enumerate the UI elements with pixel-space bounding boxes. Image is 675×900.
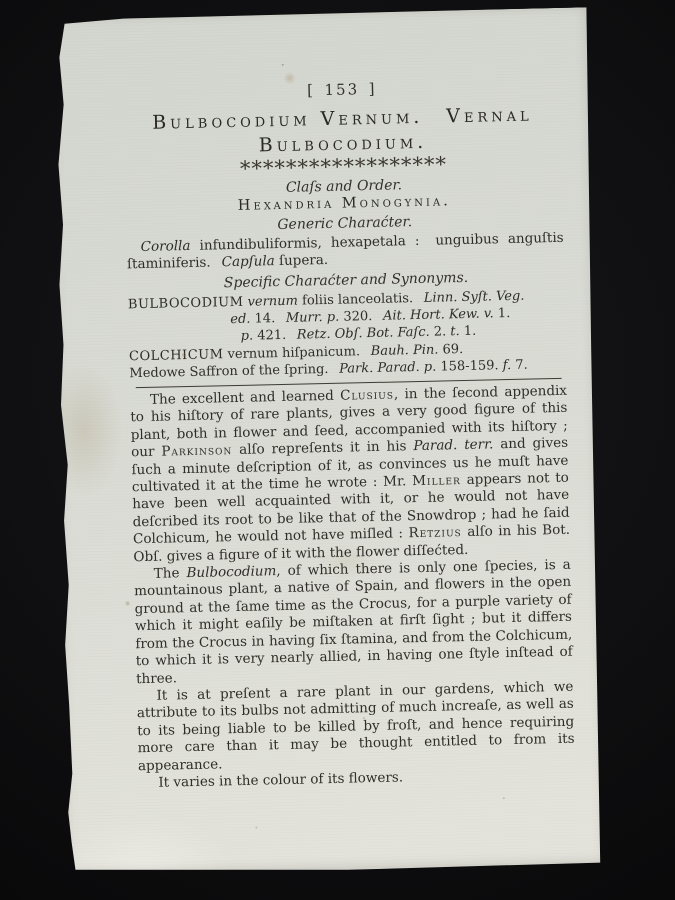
text-segment: Miller: [412, 472, 461, 489]
text-segment: vernum: [247, 294, 298, 310]
generic-character-text: Corolla infundibuliformis, hexapetala : …: [127, 230, 565, 274]
text-segment: Linn. Syſt. Veg.: [424, 289, 525, 306]
text-segment: 421.: [253, 328, 297, 344]
text-segment: foliis lanceolatis.: [298, 291, 424, 309]
text-segment: Retzius: [408, 524, 462, 541]
text-segment: Capſula: [222, 253, 275, 270]
text-segment: Park. Parad. p.: [339, 359, 437, 376]
text-segment: 1.: [460, 324, 477, 339]
body-paragraph: The Bulbocodium, of which there is only …: [134, 557, 574, 688]
text-segment: BULBOCODIUM: [128, 295, 244, 313]
text-segment: t.: [450, 324, 460, 339]
text-segment: 320.: [339, 309, 383, 325]
text-segment: alſo repreſents it in his: [232, 438, 413, 458]
text-segment: 69.: [438, 342, 463, 358]
text-segment: Bauh. Pin.: [371, 342, 439, 358]
text-segment: 7.: [511, 357, 528, 372]
text-segment: Retz. Obſ. Bot. Faſc.: [297, 325, 430, 343]
photo-background: [ 153 ] Bulbocodium Vernum. VernalBulboc…: [0, 0, 675, 900]
text-segment: 1.: [494, 306, 511, 321]
text-segment: Murr. p.: [286, 310, 340, 326]
page-title: Bulbocodium Vernum. VernalBulbocodium.: [124, 102, 562, 162]
text-segment: 158-159.: [436, 358, 503, 374]
body-paragraph: It is at preſent a rare plant in our gar…: [136, 679, 575, 776]
title-line-1: Bulbocodium Vernum. Vernal: [152, 103, 533, 133]
page-number: [ 153 ]: [123, 76, 560, 104]
text-segment: The: [154, 565, 187, 582]
text-segment: Clusius: [340, 387, 394, 404]
text-segment: ed.: [230, 312, 250, 327]
synonyms-block: BULBOCODIUM vernum foliis lanceolatis. L…: [128, 287, 567, 383]
text-segment: infundibuliformis, hexapetala : unguibus…: [127, 230, 564, 273]
text-segment: Parkinson: [161, 442, 232, 460]
text-segment: Medowe Saffron of the ſpring.: [129, 362, 339, 382]
text-segment: 14.: [250, 311, 286, 327]
body-paragraph: The excellent and learned Clusius, in th…: [130, 383, 571, 567]
paper-speck: [48, 19, 50, 21]
body-text: The excellent and learned Clusius, in th…: [130, 383, 576, 793]
text-segment: Corolla: [141, 238, 191, 255]
text-segment: 2.: [430, 325, 451, 340]
text-segment: p.: [241, 329, 254, 344]
text-segment: Bulbocodium: [186, 563, 276, 581]
text-segment: Parad. terr.: [413, 437, 493, 455]
text-segment: Ait. Hort. Kew. v.: [383, 307, 494, 324]
text-segment: ſupera.: [275, 252, 329, 269]
text-segment: vernum hiſpanicum.: [223, 344, 371, 362]
book-page: [ 153 ] Bulbocodium Vernum. VernalBulboc…: [48, 7, 608, 877]
text-segment: COLCHICUM: [129, 347, 224, 364]
text-segment: f.: [503, 358, 512, 373]
text-segment: It is at preſent a rare plant in our gar…: [137, 679, 575, 774]
